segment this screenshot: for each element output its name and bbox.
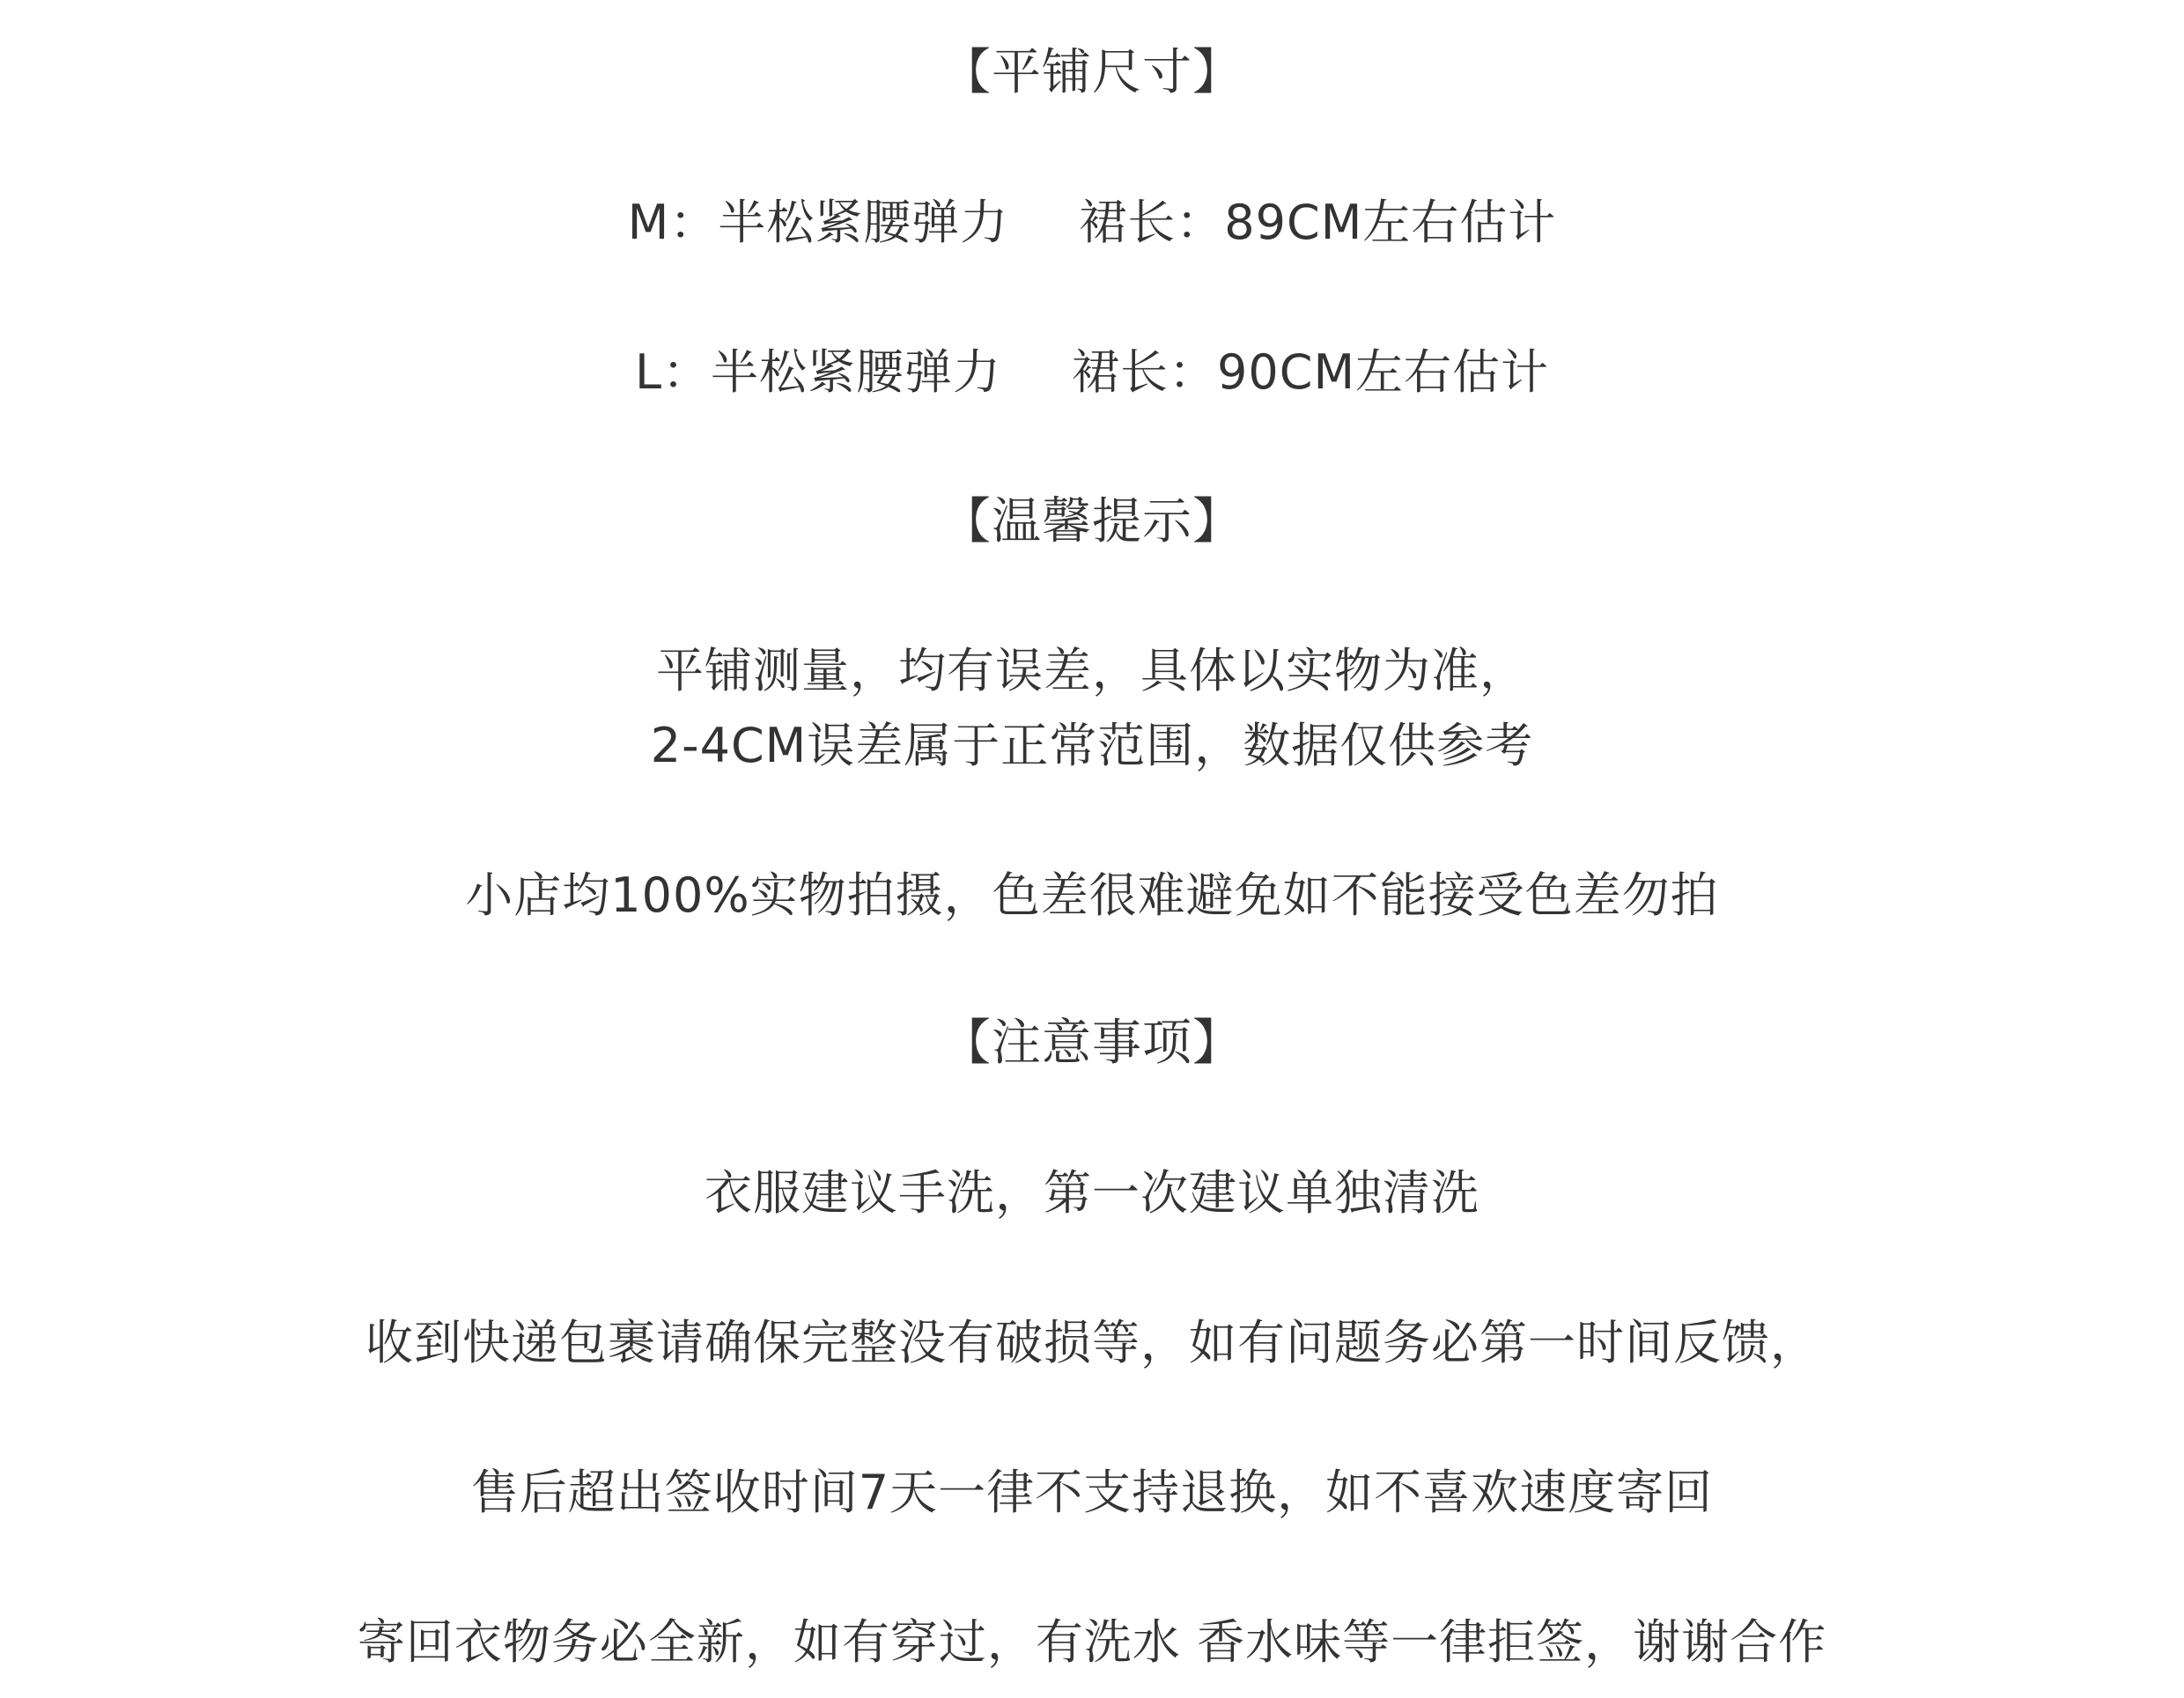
size-l-label: L：半松紧腰弹力 bbox=[635, 344, 1001, 400]
notes-line-washing: 衣服建议手洗，第一次建议单独清洗 bbox=[0, 1163, 2184, 1224]
tips-line-tolerance: 2-4CM误差属于正常范围，数据仅供参考 bbox=[0, 715, 2184, 777]
notes-line-condition: 寄回衣物务必全新，如有穿过，有洗水 香水味等一律拒签，谢谢合作 bbox=[0, 1612, 2184, 1673]
size-row-l: L：半松紧腰弹力裙长：90CM左右估计 bbox=[0, 342, 2184, 403]
notes-line-returns: 售后超出签收时间7天一律不支持退换，如不喜欢速度寄回 bbox=[0, 1462, 2184, 1524]
size-l-length: 裙长：90CM左右估计 bbox=[1072, 344, 1549, 400]
size-m-label: M：半松紧腰弹力 bbox=[628, 195, 1009, 250]
size-m-length: 裙长：89CM左右估计 bbox=[1079, 195, 1556, 250]
notes-heading: 【注意事项】 bbox=[0, 1013, 2184, 1074]
notes-line-package: 收到快递包裹请确保完整没有破损等，如有问题务必第一时间反馈， bbox=[0, 1312, 2184, 1374]
flat-size-heading: 【平铺尺寸】 bbox=[0, 42, 2184, 104]
tips-line-color-diff: 小店均100%实物拍摄，色差很难避免如不能接受色差勿拍 bbox=[0, 865, 2184, 927]
tips-heading: 【温馨提示】 bbox=[0, 491, 2184, 553]
tips-line-measurement: 平铺测量，均有误差，具体以实物为准， bbox=[0, 640, 2184, 702]
size-row-m: M：半松紧腰弹力裙长：89CM左右估计 bbox=[0, 192, 2184, 254]
